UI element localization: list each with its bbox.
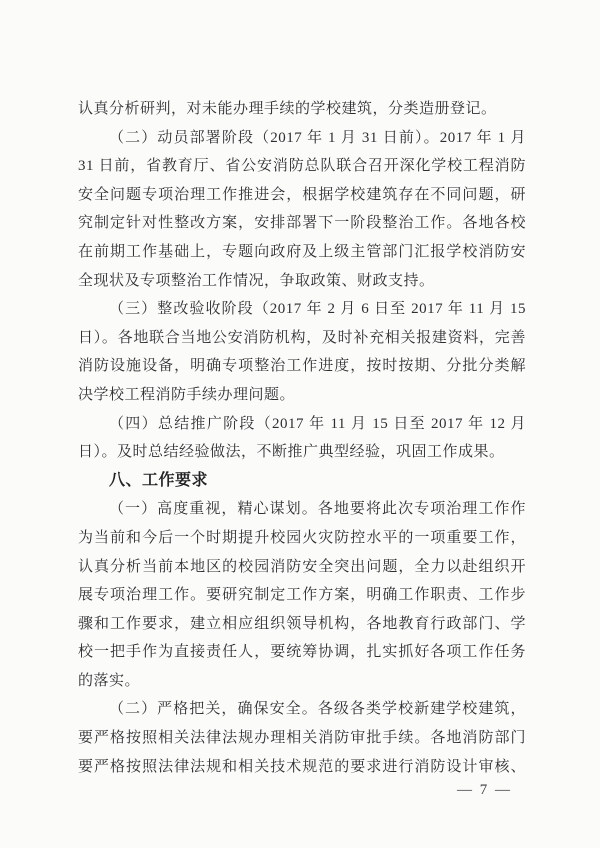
document-text-block: 认真分析研判，对未能办理手续的学校建筑，分类造册登记。 （二）动员部署阶段（20… <box>78 95 526 781</box>
text-line: 认真分析研判，对未能办理手续的学校建筑，分类造册登记。 <box>78 95 526 124</box>
text-line: 决学校工程消防手续办理问题。 <box>78 381 526 410</box>
page-number: — 7 — <box>78 776 526 804</box>
text-line: 消防设施设备，明确专项整治工作进度，按时按期、分批分类解 <box>78 352 526 381</box>
text-line: 全现状及专项整治工作情况，争取政策、财政支持。 <box>78 267 526 296</box>
text-line: 校一把手作为直接责任人，要统筹协调，扎实抓好各项工作任务 <box>78 638 526 667</box>
text-line: （四）总结推广阶段（2017 年 11 月 15 日至 2017 年 12 月 … <box>78 410 526 439</box>
text-line: 31 日前，省教育厅、省公安消防总队联合召开深化学校工程消防 <box>78 152 526 181</box>
text-line: 骤和工作要求，建立相应组织领导机构，各地教育行政部门、学 <box>78 610 526 639</box>
text-line: 在前期工作基础上，专题向政府及上级主管部门汇报学校消防安 <box>78 238 526 267</box>
text-line: （二）动员部署阶段（2017 年 1 月 31 日前）。2017 年 1 月 <box>78 124 526 153</box>
text-line: （三）整改验收阶段（2017 年 2 月 6 日至 2017 年 11 月 15 <box>78 295 526 324</box>
text-line: 安全问题专项治理工作推进会，根据学校建筑存在不同问题，研 <box>78 181 526 210</box>
text-line: 展专项治理工作。要研究制定工作方案，明确工作职责、工作步 <box>78 581 526 610</box>
section-heading: 八、工作要求 <box>78 467 526 496</box>
text-line: 日）。各地联合当地公安消防机构，及时补充相关报建资料，完善 <box>78 324 526 353</box>
text-line: 要严格按照相关法律法规办理相关消防审批手续。各地消防部门 <box>78 724 526 753</box>
document-page: 认真分析研判，对未能办理手续的学校建筑，分类造册登记。 （二）动员部署阶段（20… <box>0 0 600 848</box>
text-line: 认真分析当前本地区的校园消防安全突出问题，全力以赴组织开 <box>78 553 526 582</box>
text-line: 究制定针对性整改方案，安排部署下一阶段整治工作。各地各校 <box>78 209 526 238</box>
text-line: 日）。及时总结经验做法，不断推广典型经验，巩固工作成果。 <box>78 438 526 467</box>
text-line: 的落实。 <box>78 667 526 696</box>
text-line: （一）高度重视，精心谋划。各地要将此次专项治理工作作 <box>78 495 526 524</box>
text-line: （二）严格把关，确保安全。各级各类学校新建学校建筑， <box>78 695 526 724</box>
text-line: 为当前和今后一个时期提升校园火灾防控水平的一项重要工作， <box>78 524 526 553</box>
